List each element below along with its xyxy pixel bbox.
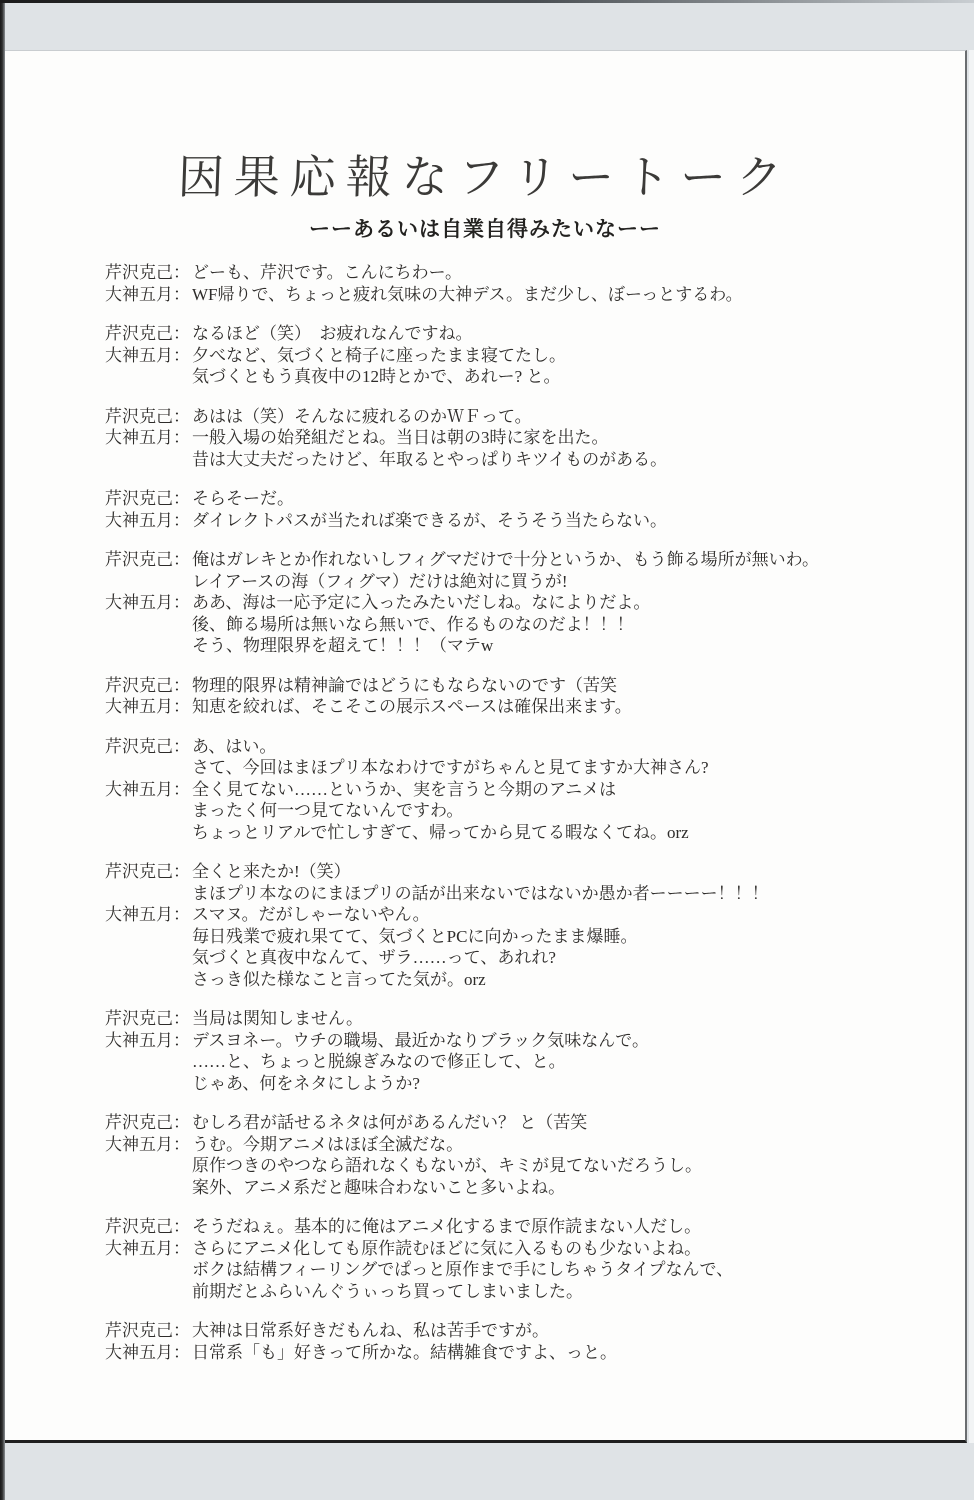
speaker-name: 大神五月：	[105, 284, 192, 306]
dialogue-block: 芹沢克己：そらそーだ。大神五月：ダイレクトパスが当たれば楽できるが、そうそう当た…	[105, 488, 937, 531]
speaker-name: 大神五月：	[105, 1342, 192, 1364]
speaker-name: 芹沢克己：	[105, 1216, 192, 1238]
speaker-name: 芹沢克己：	[105, 736, 192, 758]
dialogue-text: ちょっとリアルで忙しすぎて、帰ってから見てる暇なくてね。orz	[192, 822, 937, 844]
dialogue-text: むしろ君が話せるネタは何があるんだい？ と（苦笑	[192, 1112, 937, 1134]
dialogue-text: うむ。今期アニメはほぼ全滅だな。	[192, 1134, 937, 1156]
dialogue-text: じゃあ、何をネタにしようか?	[192, 1073, 937, 1095]
dialogue-text: ボクは結構フィーリングでぱっと原作まで手にしちゃうタイプなんで、	[192, 1259, 937, 1281]
speaker-name	[105, 926, 192, 948]
dialogue-text: 気づくともう真夜中の12時とかで、あれー? と。	[192, 366, 937, 388]
dialogue-text: 気づくと真夜中なんて、ザラ……って、あれれ?	[192, 947, 937, 969]
dialogue-block: 芹沢克己：あ、はい。さて、今回はまほプリ本なわけですがちゃんと見てますか大神さん…	[105, 736, 937, 844]
dialogue-line: ……と、ちょっと脱線ぎみなので修正して、と。	[105, 1051, 937, 1073]
dialogue-block: 芹沢克己：大神は日常系好きだもんね、私は苦手ですが。大神五月：日常系「も」好きっ…	[105, 1320, 937, 1363]
dialogue-line: さっき似た様なこと言ってた気が。orz	[105, 969, 937, 991]
dialogue-text: なるほど（笑） お疲れなんですね。	[192, 323, 937, 345]
speaker-name	[105, 1281, 192, 1303]
speaker-name: 大神五月：	[105, 427, 192, 449]
dialogue-text: スマヌ。だがしゃーないやん。	[192, 904, 937, 926]
dialogue-line: 芹沢克己：当局は関知しません。	[105, 1008, 937, 1030]
dialogue-line: 大神五月：ああ、海は一応予定に入ったみたいだしね。なによりだよ。	[105, 592, 937, 614]
speaker-name	[105, 1259, 192, 1281]
dialogue-text: 当局は関知しません。	[192, 1008, 937, 1030]
dialogue-text: そうだねぇ。基本的に俺はアニメ化するまで原作読まない人だし。	[192, 1216, 937, 1238]
dialogue-text: 後、飾る場所は無いなら無いで、作るものなのだよ！！！	[192, 614, 937, 636]
dialogue-text: レイアースの海（フィグマ）だけは絶対に買うが!	[192, 571, 937, 593]
dialogue-text: さて、今回はまほプリ本なわけですがちゃんと見てますか大神さん?	[192, 757, 937, 779]
speaker-name: 芹沢克己：	[105, 675, 192, 697]
speaker-name	[105, 614, 192, 636]
dialogue-line: じゃあ、何をネタにしようか?	[105, 1073, 937, 1095]
speaker-name	[105, 449, 192, 471]
speaker-name: 芹沢克己：	[105, 1320, 192, 1342]
dialogue-line: 大神五月：全く見てない……というか、実を言うと今期のアニメは	[105, 779, 937, 801]
dialogue-text: まほプリ本なのにまほプリの話が出来ないではないか愚か者ーーーー！！！	[192, 883, 937, 905]
dialogue-text: どーも、芹沢です。こんにちわー。	[192, 262, 937, 284]
dialogue-line: 前期だとふらいんぐうぃっち買ってしまいました。	[105, 1281, 937, 1303]
dialogue-block: 芹沢克己：どーも、芹沢です。こんにちわー。大神五月：WF帰りで、ちょっと疲れ気味…	[105, 262, 937, 305]
dialogue-text: 全く見てない……というか、実を言うと今期のアニメは	[192, 779, 937, 801]
dialogue-text: 昔は大丈夫だったけど、年取るとやっぱりキツイものがある。	[192, 449, 937, 471]
speaker-name: 大神五月：	[105, 1238, 192, 1260]
dialogue-line: レイアースの海（フィグマ）だけは絶対に買うが!	[105, 571, 937, 593]
speaker-name: 大神五月：	[105, 904, 192, 926]
dialogue-text: 夕べなど、気づくと椅子に座ったまま寝てたし。	[192, 345, 937, 367]
dialogue-line: 芹沢克己：あ、はい。	[105, 736, 937, 758]
dialogue-line: 大神五月：日常系「も」好きって所かな。結構雑食ですよ、っと。	[105, 1342, 937, 1364]
page: 因果応報なフリートーク ーーあるいは自業自得みたいなーー 芹沢克己：どーも、芹沢…	[5, 50, 967, 1443]
dialogue-text: まったく何一つ見てないんですわ。	[192, 800, 937, 822]
speaker-name	[105, 1155, 192, 1177]
speaker-name: 大神五月：	[105, 510, 192, 532]
dialogue-line: 芹沢克己：そうだねぇ。基本的に俺はアニメ化するまで原作読まない人だし。	[105, 1216, 937, 1238]
dialogue-text: ああ、海は一応予定に入ったみたいだしね。なによりだよ。	[192, 592, 937, 614]
dialogue-text: あはは（笑）そんなに疲れるのかＷＦって。	[192, 406, 937, 428]
speaker-name	[105, 757, 192, 779]
speaker-name: 大神五月：	[105, 696, 192, 718]
speaker-name	[105, 635, 192, 657]
dialogue-line: 大神五月：夕べなど、気づくと椅子に座ったまま寝てたし。	[105, 345, 937, 367]
dialogue-line: 大神五月：知恵を絞れば、そこそこの展示スペースは確保出来ます。	[105, 696, 937, 718]
dialogue-text: 俺はガレキとか作れないしフィグマだけで十分というか、もう飾る場所が無いわ。	[192, 549, 937, 571]
speaker-name: 芹沢克己：	[105, 323, 192, 345]
speaker-name	[105, 366, 192, 388]
dialogue-line: そう、物理限界を超えて！！！（マテw	[105, 635, 937, 657]
scanned-page-background: 因果応報なフリートーク ーーあるいは自業自得みたいなーー 芹沢克己：どーも、芹沢…	[0, 0, 974, 1500]
speaker-name: 大神五月：	[105, 345, 192, 367]
speaker-name	[105, 969, 192, 991]
speaker-name: 芹沢克己：	[105, 1112, 192, 1134]
dialogue-line: 大神五月：デスヨネー。ウチの職場、最近かなりブラック気味なんで。	[105, 1030, 937, 1052]
dialogue-line: まったく何一つ見てないんですわ。	[105, 800, 937, 822]
dialogue-line: 気づくともう真夜中の12時とかで、あれー? と。	[105, 366, 937, 388]
dialogue-text: 一般入場の始発組だとね。当日は朝の3時に家を出た。	[192, 427, 937, 449]
dialogue-line: 大神五月：スマヌ。だがしゃーないやん。	[105, 904, 937, 926]
dialogue-text: WF帰りで、ちょっと疲れ気味の大神デス。まだ少し、ぼーっとするわ。	[192, 284, 937, 306]
dialogue-line: 芹沢克己：俺はガレキとか作れないしフィグマだけで十分というか、もう飾る場所が無い…	[105, 549, 937, 571]
speaker-name: 芹沢克己：	[105, 406, 192, 428]
dialogue-text: ……と、ちょっと脱線ぎみなので修正して、と。	[192, 1051, 937, 1073]
dialogue-block: 芹沢克己：あはは（笑）そんなに疲れるのかＷＦって。大神五月：一般入場の始発組だと…	[105, 406, 937, 471]
dialogue-text: デスヨネー。ウチの職場、最近かなりブラック気味なんで。	[192, 1030, 937, 1052]
speaker-name: 芹沢克己：	[105, 262, 192, 284]
scan-edge-top	[0, 0, 974, 3]
title-block: 因果応報なフリートーク ーーあるいは自業自得みたいなーー	[5, 141, 965, 243]
dialogue-line: まほプリ本なのにまほプリの話が出来ないではないか愚か者ーーーー！！！	[105, 883, 937, 905]
dialogue-line: 毎日残業で疲れ果てて、気づくとPCに向かったまま爆睡。	[105, 926, 937, 948]
page-subtitle: ーーあるいは自業自得みたいなーー	[5, 213, 965, 243]
dialogue-line: 芹沢克己：むしろ君が話せるネタは何があるんだい？ と（苦笑	[105, 1112, 937, 1134]
dialogue-line: 昔は大丈夫だったけど、年取るとやっぱりキツイものがある。	[105, 449, 937, 471]
speaker-name: 芹沢克己：	[105, 488, 192, 510]
speaker-name: 大神五月：	[105, 1134, 192, 1156]
dialogue-block: 芹沢克己：俺はガレキとか作れないしフィグマだけで十分というか、もう飾る場所が無い…	[105, 549, 937, 657]
dialogue-block: 芹沢克己：そうだねぇ。基本的に俺はアニメ化するまで原作読まない人だし。大神五月：…	[105, 1216, 937, 1302]
dialogue-line: 原作つきのやつなら語れなくもないが、キミが見てないだろうし。	[105, 1155, 937, 1177]
speaker-name	[105, 883, 192, 905]
dialogue-line: 芹沢克己：なるほど（笑） お疲れなんですね。	[105, 323, 937, 345]
dialogue-text: 知恵を絞れば、そこそこの展示スペースは確保出来ます。	[192, 696, 937, 718]
dialogue-text: そう、物理限界を超えて！！！（マテw	[192, 635, 937, 657]
dialogue-block: 芹沢克己：むしろ君が話せるネタは何があるんだい？ と（苦笑大神五月：うむ。今期ア…	[105, 1112, 937, 1198]
dialogue-line: 芹沢克己：物理的限界は精神論ではどうにもならないのです（苦笑	[105, 675, 937, 697]
dialogue-block: 芹沢克己：なるほど（笑） お疲れなんですね。大神五月：夕べなど、気づくと椅子に座…	[105, 323, 937, 388]
dialogue-block: 芹沢克己：当局は関知しません。大神五月：デスヨネー。ウチの職場、最近かなりブラッ…	[105, 1008, 937, 1094]
dialogue-line: 芹沢克己：あはは（笑）そんなに疲れるのかＷＦって。	[105, 406, 937, 428]
speaker-name	[105, 571, 192, 593]
dialogue-line: 後、飾る場所は無いなら無いで、作るものなのだよ！！！	[105, 614, 937, 636]
dialogue-line: 芹沢克己：どーも、芹沢です。こんにちわー。	[105, 262, 937, 284]
dialogue-line: 芹沢克己：大神は日常系好きだもんね、私は苦手ですが。	[105, 1320, 937, 1342]
dialogue-line: 気づくと真夜中なんて、ザラ……って、あれれ?	[105, 947, 937, 969]
dialogue-line: 芹沢克己：そらそーだ。	[105, 488, 937, 510]
dialogue-line: 大神五月：一般入場の始発組だとね。当日は朝の3時に家を出た。	[105, 427, 937, 449]
dialogue-text: 日常系「も」好きって所かな。結構雑食ですよ、っと。	[192, 1342, 937, 1364]
dialogue-text: あ、はい。	[192, 736, 937, 758]
page-title: 因果応報なフリートーク	[177, 141, 793, 207]
dialogue-line: 大神五月：ダイレクトパスが当たれば楽できるが、そうそう当たらない。	[105, 510, 937, 532]
dialogue-line: 大神五月：さらにアニメ化しても原作読むほどに気に入るものも少ないよね。	[105, 1238, 937, 1260]
dialogue-text: 大神は日常系好きだもんね、私は苦手ですが。	[192, 1320, 937, 1342]
dialogue-line: ボクは結構フィーリングでぱっと原作まで手にしちゃうタイプなんで、	[105, 1259, 937, 1281]
speaker-name	[105, 1073, 192, 1095]
dialogue-block: 芹沢克己：物理的限界は精神論ではどうにもならないのです（苦笑大神五月：知恵を絞れ…	[105, 675, 937, 718]
speaker-name: 大神五月：	[105, 779, 192, 801]
dialogue-text: そらそーだ。	[192, 488, 937, 510]
speaker-name: 芹沢克己：	[105, 549, 192, 571]
speaker-name	[105, 800, 192, 822]
dialogue-line: 案外、アニメ系だと趣味合わないこと多いよね。	[105, 1177, 937, 1199]
speaker-name: 大神五月：	[105, 592, 192, 614]
speaker-name: 芹沢克己：	[105, 861, 192, 883]
dialogue-text: 毎日残業で疲れ果てて、気づくとPCに向かったまま爆睡。	[192, 926, 937, 948]
speaker-name	[105, 947, 192, 969]
speaker-name	[105, 1051, 192, 1073]
dialogue-text: 全くと来たか!（笑）	[192, 861, 937, 883]
dialogue-line: 芹沢克己：全くと来たか!（笑）	[105, 861, 937, 883]
dialogue-line: 大神五月：うむ。今期アニメはほぼ全滅だな。	[105, 1134, 937, 1156]
dialogue-text: 前期だとふらいんぐうぃっち買ってしまいました。	[192, 1281, 937, 1303]
speaker-name	[105, 1177, 192, 1199]
dialogue-line: ちょっとリアルで忙しすぎて、帰ってから見てる暇なくてね。orz	[105, 822, 937, 844]
speaker-name: 大神五月：	[105, 1030, 192, 1052]
dialogue-block: 芹沢克己：全くと来たか!（笑）まほプリ本なのにまほプリの話が出来ないではないか愚…	[105, 861, 937, 990]
page-edge-right	[969, 50, 974, 1443]
dialogue-line: さて、今回はまほプリ本なわけですがちゃんと見てますか大神さん?	[105, 757, 937, 779]
speaker-name: 芹沢克己：	[105, 1008, 192, 1030]
dialogue-text: 案外、アニメ系だと趣味合わないこと多いよね。	[192, 1177, 937, 1199]
dialogue-text: さっき似た様なこと言ってた気が。orz	[192, 969, 937, 991]
dialogue: 芹沢克己：どーも、芹沢です。こんにちわー。大神五月：WF帰りで、ちょっと疲れ気味…	[105, 262, 937, 1381]
dialogue-text: 物理的限界は精神論ではどうにもならないのです（苦笑	[192, 675, 937, 697]
speaker-name	[105, 822, 192, 844]
dialogue-text: 原作つきのやつなら語れなくもないが、キミが見てないだろうし。	[192, 1155, 937, 1177]
dialogue-line: 大神五月：WF帰りで、ちょっと疲れ気味の大神デス。まだ少し、ぼーっとするわ。	[105, 284, 937, 306]
dialogue-text: ダイレクトパスが当たれば楽できるが、そうそう当たらない。	[192, 510, 937, 532]
dialogue-text: さらにアニメ化しても原作読むほどに気に入るものも少ないよね。	[192, 1238, 937, 1260]
